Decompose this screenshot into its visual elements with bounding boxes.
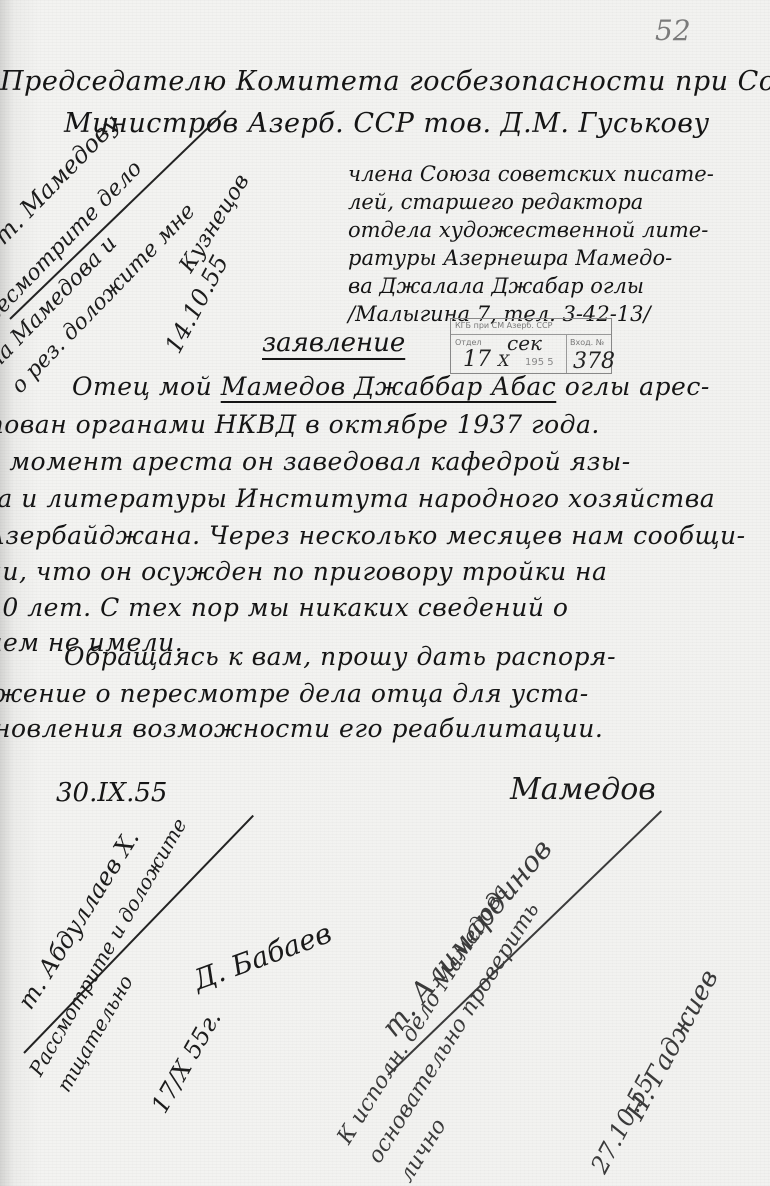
- document-page: 52 Председателю Комитета госбезопасности…: [0, 0, 770, 1186]
- body-line: 10 лет. С тех пор мы никаких сведений о: [0, 593, 568, 622]
- addressee-line-1: Председателю Комитета госбезопасности пр…: [0, 66, 770, 97]
- document-date: 30.IX.55: [56, 778, 167, 808]
- stamp-day: 17 X: [463, 347, 509, 372]
- stamp-label-department: Отдел: [455, 338, 482, 347]
- page-number: 52: [655, 14, 691, 47]
- body-text: оглы арес-: [556, 372, 710, 401]
- stamp-year: 195 5: [525, 357, 554, 368]
- stamp-month: X: [498, 351, 509, 370]
- body-line: Азербайджана. Через несколько месяцев на…: [0, 521, 746, 550]
- resolution-2-signature: Д. Бабаев: [189, 916, 336, 996]
- sender-line: ратуры Азернешра Мамедо-: [348, 244, 672, 273]
- body-line: ли, что он осужден по приговору тройки н…: [0, 557, 607, 586]
- resolution-3-text: К исполн. дело Мамедова основательно про…: [328, 876, 580, 1186]
- addressee-line-2: Министров Азерб. ССР тов. Д.М. Гуськову: [64, 108, 710, 139]
- resolution-3-date: 27.10.55: [585, 1070, 660, 1178]
- stamp-day-value: 17: [463, 347, 491, 372]
- resolution-2-date: 17/X 55г.: [146, 1006, 227, 1118]
- body-line: ка и литературы Института народного хозя…: [0, 484, 715, 513]
- body-line: новления возможности его реабилитации.: [0, 714, 603, 743]
- registration-stamp: КГБ при СМ Азерб. ССР Отдел Вход. № сек …: [450, 318, 612, 374]
- sender-line: ва Джалала Джабар оглы: [348, 272, 644, 301]
- sender-line: члена Союза советских писате-: [348, 160, 714, 189]
- stamp-organization: КГБ при СМ Азерб. ССР: [455, 321, 552, 330]
- sender-line: отдела художественной лите-: [348, 216, 708, 245]
- body-line: Отец мой Мамедов Джаббар Абас оглы арес-: [72, 372, 710, 401]
- stamp-number: 378: [573, 349, 615, 374]
- body-line: В момент ареста он заведовал кафедрой яз…: [0, 447, 631, 476]
- body-line: жение о пересмотре дела отца для уста-: [0, 679, 589, 708]
- sender-line: лей, старшего редактора: [348, 188, 643, 217]
- body-text: Отец мой: [72, 372, 221, 401]
- applicant-signature: Мамедов: [510, 772, 656, 807]
- stamp-department: сек: [507, 331, 542, 355]
- father-name: Мамедов Джаббар Абас: [221, 372, 557, 401]
- body-line: Обращаясь к вам, прошу дать распоря-: [64, 642, 616, 671]
- body-line: тован органами НКВД в октябре 1937 года.: [0, 410, 600, 439]
- stamp-divider: [566, 334, 567, 373]
- stamp-label-incoming: Вход. №: [570, 338, 604, 347]
- document-title: заявление: [262, 328, 405, 358]
